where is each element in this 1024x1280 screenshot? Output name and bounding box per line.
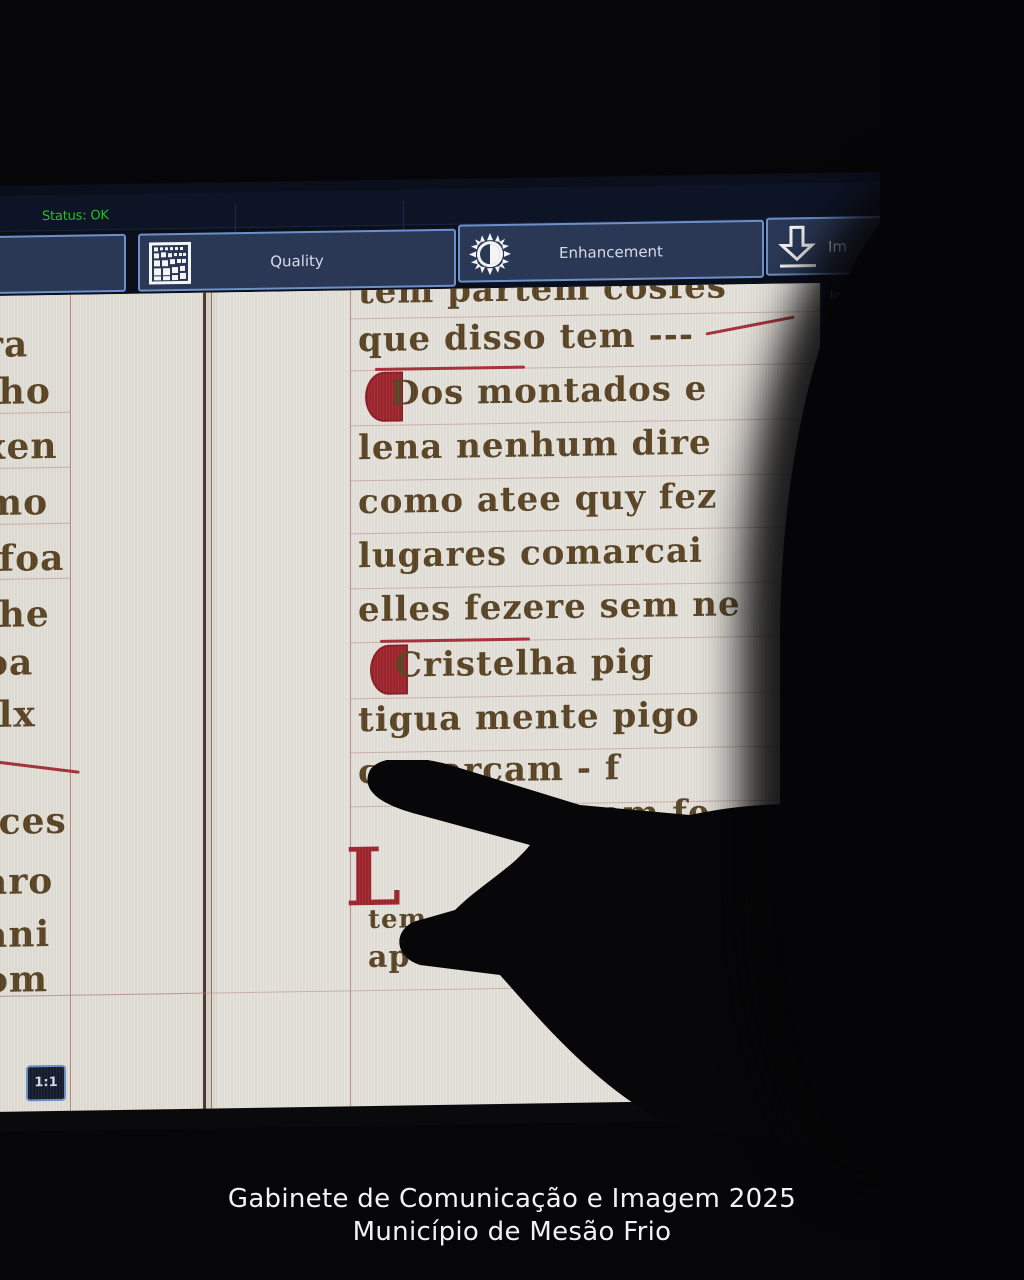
manuscript-line: ani xyxy=(0,913,50,956)
photo: Status: OK o xyxy=(0,0,1024,1280)
manuscript-line: que disso tem --- xyxy=(358,315,694,360)
manuscript-line: llx xyxy=(0,693,36,736)
toolbar-button-label: o xyxy=(0,255,124,275)
manuscript-line: Dos montados e xyxy=(390,369,707,414)
status-text: Status: OK xyxy=(42,208,109,224)
caption-line-1: Gabinete de Comunicação e Imagem 2025 xyxy=(0,1183,1024,1216)
manuscript-line: aro xyxy=(0,860,53,903)
toolbar-button-0[interactable]: o xyxy=(0,234,126,294)
manuscript-line: Cristelha pig xyxy=(395,642,654,686)
enhancement-button-label: Enhancement xyxy=(460,241,762,264)
manuscript-line: lfoa xyxy=(0,537,65,580)
manuscript-line: ices xyxy=(0,800,67,843)
margin-rule xyxy=(350,290,351,1110)
dark-background xyxy=(880,0,1024,1280)
red-flourish xyxy=(0,760,80,774)
book-gutter xyxy=(203,292,217,1112)
quality-button[interactable]: Quality xyxy=(138,229,456,292)
quality-button-label: Quality xyxy=(140,250,454,273)
manuscript-line: mo xyxy=(0,481,48,524)
manuscript-line: elles fezere sem ne xyxy=(358,584,741,630)
manuscript-line: lugares comarcai xyxy=(358,531,703,576)
manuscript-line: oa xyxy=(0,641,33,684)
enhancement-button[interactable]: Enhancement xyxy=(458,220,764,283)
manuscript-line: como atee quy fez xyxy=(358,477,717,523)
manuscript-line: lho xyxy=(0,370,51,413)
manuscript-line: xen xyxy=(0,425,58,468)
photo-caption: Gabinete de Comunicação e Imagem 2025 Mu… xyxy=(0,1183,1024,1249)
manuscript-line: lena nenhum dire xyxy=(358,423,712,469)
manuscript-line: tigua mente pigo xyxy=(358,695,700,740)
caption-line-2: Município de Mesão Frio xyxy=(0,1216,1024,1249)
zoom-1to1-button[interactable]: 1:1 xyxy=(26,1065,66,1102)
export-button-label: Im xyxy=(828,238,847,256)
manuscript-line: ra xyxy=(0,323,28,366)
download-arrow-icon xyxy=(776,225,820,270)
margin-rule xyxy=(70,295,71,1115)
manuscript-line: lhe xyxy=(0,593,50,636)
